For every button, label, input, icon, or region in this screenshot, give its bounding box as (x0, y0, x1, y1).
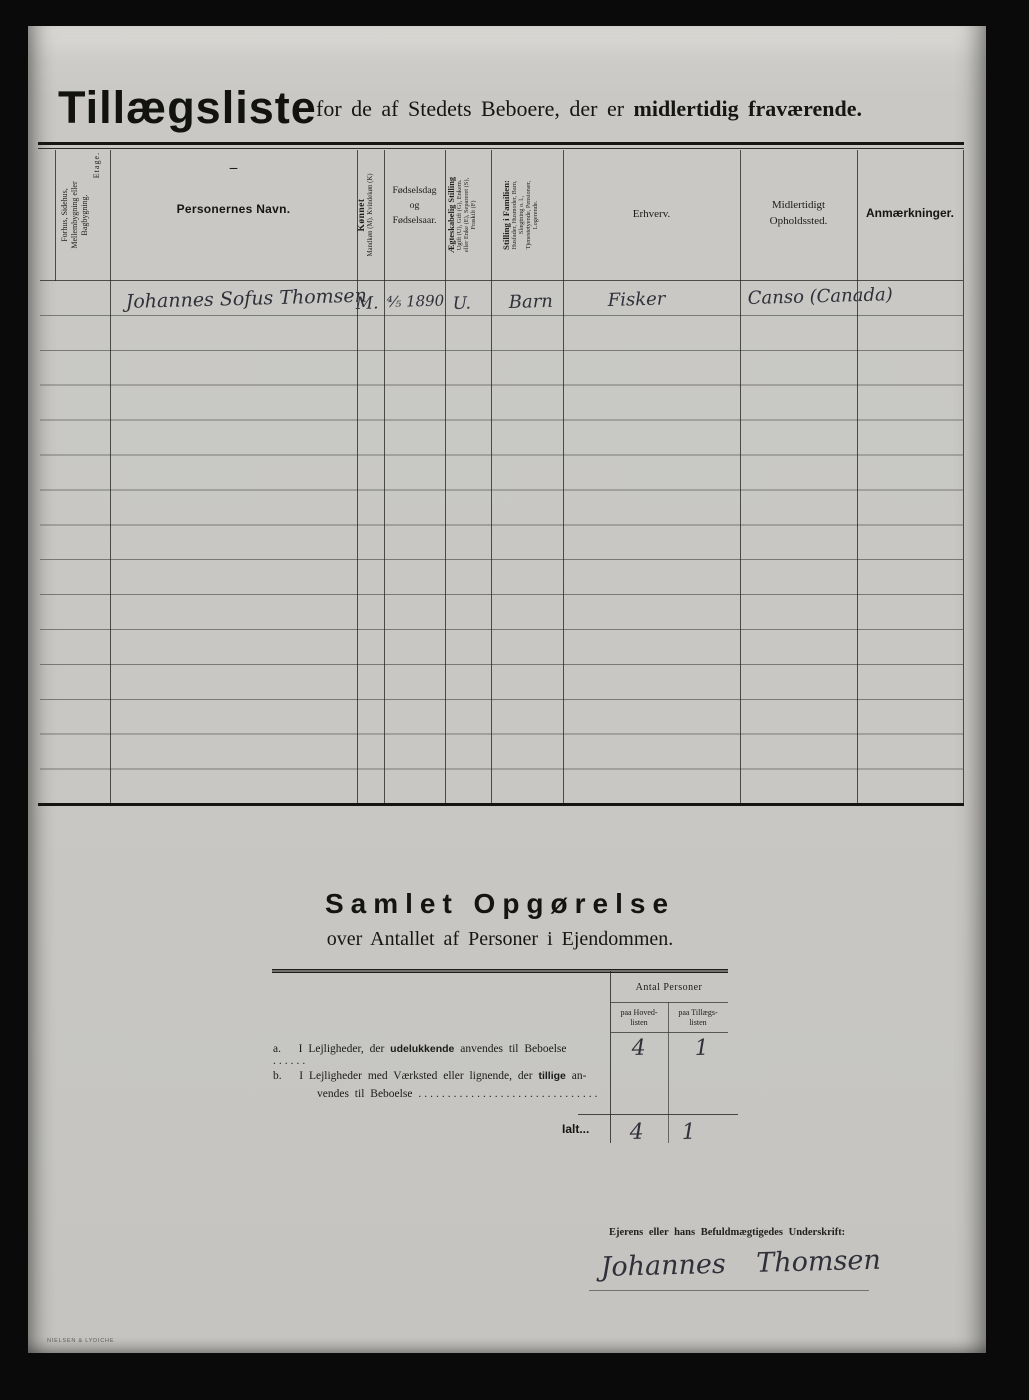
signature-label: Ejerens eller hans Befuldmægtigedes Unde… (609, 1227, 845, 1238)
header-sex: Kønnet Mandkøn (M). Kvindekøn (K) (357, 152, 383, 278)
page-title: Tillægsliste (58, 82, 317, 134)
table-border-right (963, 150, 964, 803)
summary-hline-subhead (610, 1032, 728, 1033)
summary-col-hoved: paa Hoved- listen (610, 1008, 668, 1028)
header-family-label: Stilling i Familien: (501, 152, 511, 278)
summary-value-a-hoved: 4 (631, 1036, 646, 1061)
header-sex-sub: Mandkøn (M). Kvindekøn (K) (367, 152, 374, 278)
entry-birth: ⁴⁄₅ 1890 (387, 292, 445, 311)
summary-col-tillaegs: paa Tillægs- listen (668, 1008, 728, 1028)
table-border-col6 (563, 150, 564, 803)
table-border-col7 (740, 150, 741, 803)
summary-top-rule (272, 969, 728, 973)
table-border-left (55, 150, 56, 281)
table-border-col8 (857, 150, 858, 803)
table-top-rule-thick (38, 142, 964, 145)
summary-row-b-prefix: b. (273, 1070, 282, 1082)
summary-title: Samlet Opgørelse (272, 888, 728, 920)
header-remarks: Anmærkninger. (857, 206, 963, 220)
page-title-main: Tillægsliste (58, 82, 317, 133)
table-border-col4 (445, 150, 446, 803)
entry-occupation: Fisker (607, 288, 665, 311)
header-occupation: Erhverv. (563, 208, 740, 220)
header-location: Forhus, Sidehus, Mellembygning eller Bag… (60, 152, 106, 278)
table-bottom-rule (38, 803, 964, 806)
header-name: Personernes Navn. (110, 202, 357, 216)
summary-subtitle: over Antallet af Personer i Ejendommen. (272, 928, 728, 951)
summary-value-ialt-tillaegs: 1 (681, 1120, 696, 1145)
header-location-line3: Bagbygning. (80, 152, 90, 278)
header-location-line1: Forhus, Sidehus, (60, 152, 70, 278)
page-subtitle-emph: midlertidig fraværende. (634, 96, 862, 121)
table-border-col3 (384, 150, 385, 803)
header-location-line2: Mellembygning eller (70, 152, 80, 278)
header-name-dash: – (110, 160, 357, 177)
summary-vline-left (610, 971, 611, 1143)
table-row-lines (40, 281, 963, 803)
table-border-col5 (491, 150, 492, 803)
summary-ialt-label: Ialt... (562, 1122, 589, 1136)
scanned-census-page: Tillægsliste for de af Stedets Beboere, … (0, 0, 1029, 1400)
table-top-rule-thin (38, 148, 964, 149)
entry-residence: Canso (Canada) (747, 284, 893, 309)
printer-mark: NIELSEN & LYDICHE (47, 1338, 114, 1344)
summary-row-a-prefix: a. (273, 1043, 281, 1055)
summary-value-a-tillaegs: 1 (694, 1036, 709, 1061)
page-subtitle: for de af Stedets Beboere, der er midler… (316, 96, 862, 122)
header-family: Stilling i Familien: Husfader, Husmoder,… (501, 152, 553, 278)
header-residence: Midlertidigt Opholdssted. (740, 197, 857, 229)
entry-family: Barn (508, 291, 553, 313)
entry-marital: U. (452, 294, 471, 314)
summary-row-a: a. I Lejligheder, der udelukkende anvend… (273, 1043, 603, 1067)
summary-value-ialt-hoved: 4 (629, 1120, 644, 1145)
page-subtitle-text: for de af Stedets Beboere, der er (316, 96, 624, 121)
summary-row-b-line2: vendes til Beboelse ....................… (317, 1088, 617, 1100)
entry-sex: M. (355, 293, 378, 314)
summary-hline-ialt (578, 1114, 738, 1115)
header-birth: Fødselsdag og Fødselsaar. (384, 183, 445, 228)
summary-antal-header: Antal Personer (610, 982, 728, 993)
table-border-col1 (110, 150, 111, 803)
header-marital: Ægteskabelig Stilling Ugift (U), Gift (G… (447, 152, 489, 278)
header-sex-label: Kønnet (357, 152, 367, 278)
signature-line (589, 1290, 869, 1291)
header-marital-label: Ægteskabelig Stilling (447, 152, 456, 278)
summary-hline-antal (610, 1002, 728, 1003)
summary-row-b: b. I Lejligheder med Værksted eller lign… (273, 1070, 613, 1082)
header-location-line4: Etage. (92, 152, 102, 278)
